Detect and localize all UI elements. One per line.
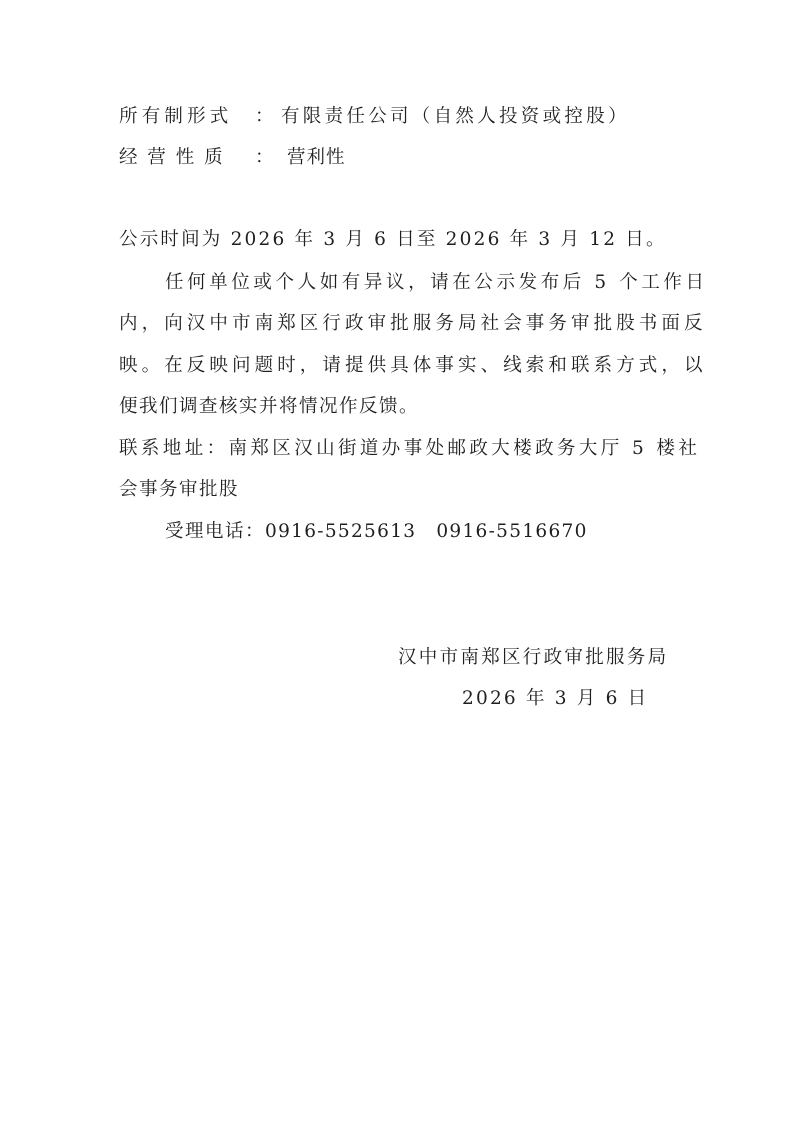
signature-issuer: 汉中市南郑区行政审批服务局 xyxy=(398,646,668,670)
contact-address-line-1: 联系地址：南郑区汉山街道办事处邮政大楼政务大厅 5 楼社 xyxy=(119,437,700,461)
phone-label: 受理电话： xyxy=(165,521,265,542)
field-label: 经 营 性 质 xyxy=(119,146,255,170)
phone-number-2: 0916-5516670 xyxy=(436,521,587,542)
contact-address-line-2: 会事务审批股 xyxy=(119,478,239,502)
phone-number-1: 0916-5525613 xyxy=(265,521,416,542)
objection-line-2: 内，向汉中市南郑区行政审批服务局社会事务审批股书面反 xyxy=(119,312,707,336)
field-label: 所有制形式 xyxy=(119,105,255,129)
objection-line-1: 任何单位或个人如有异议，请在公示发布后 5 个工作日 xyxy=(165,271,708,295)
signature-date: 2026 年 3 月 6 日 xyxy=(462,687,648,711)
field-separator: ： xyxy=(255,105,281,129)
field-business-nature: 经 营 性 质：营利性 xyxy=(119,146,346,170)
field-ownership: 所有制形式：有限责任公司（自然人投资或控股） xyxy=(119,105,630,129)
field-value: 有限责任公司（自然人投资或控股） xyxy=(281,106,630,127)
objection-line-3: 映。在反映问题时，请提供具体事实、线索和联系方式，以 xyxy=(119,354,707,378)
notice-period: 公示时间为 2026 年 3 月 6 日至 2026 年 3 月 12 日。 xyxy=(119,228,667,252)
field-value: 营利性 xyxy=(287,147,346,168)
document-page: 所有制形式：有限责任公司（自然人投资或控股） 经 营 性 质：营利性 公示时间为… xyxy=(0,0,792,1121)
objection-line-4: 便我们调查核实并将情况作反馈。 xyxy=(119,395,419,419)
phone-line: 受理电话：0916-55256130916-5516670 xyxy=(165,520,588,544)
field-separator: ： xyxy=(255,146,287,170)
